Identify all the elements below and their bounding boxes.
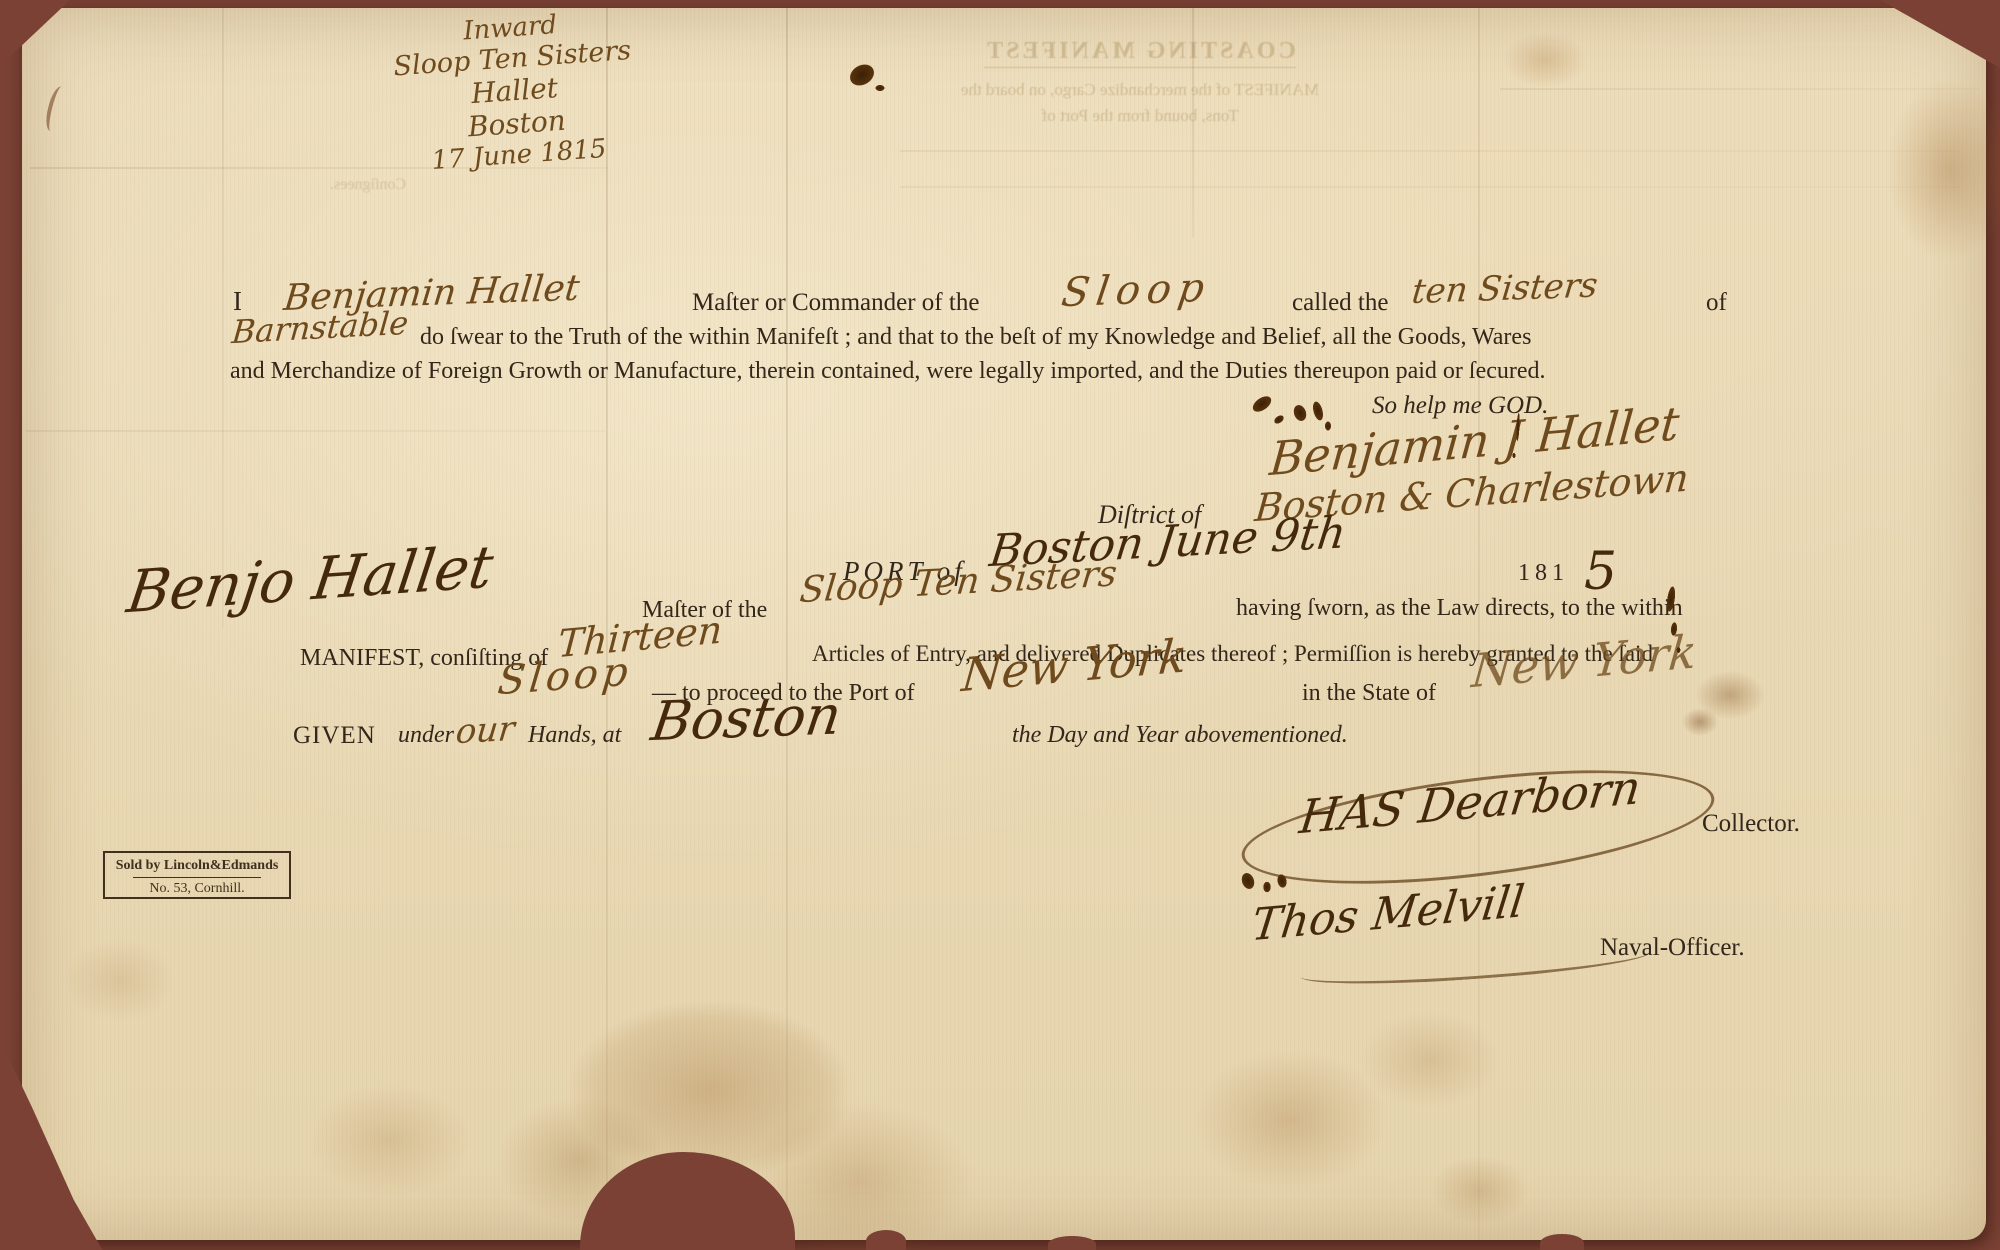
ghost-title: COASTING MANIFEST: [984, 38, 1296, 68]
ink-blot: [1676, 646, 1681, 654]
clearance-having-sworn: having ſworn, as the Law directs, to the…: [1236, 595, 1683, 622]
clearance-state-label: in the State of: [1302, 680, 1436, 707]
naval-officer-label: Naval-Officer.: [1600, 934, 1745, 962]
port-year-digit: 5: [1584, 542, 1617, 602]
imprint-rule: [133, 877, 262, 878]
collector-label: Collector.: [1702, 810, 1800, 838]
printer-imprint-box: Sold by Lincoln&Edmands No. 53, Cornhill…: [103, 851, 291, 899]
port-year-printed: 181: [1518, 560, 1569, 587]
docket-block: Inward Sloop Ten Sisters Hallet Boston 1…: [325, 0, 705, 182]
imprint-line2: No. 53, Cornhill.: [105, 880, 289, 898]
clearance-vessel-type: Sloop: [496, 648, 635, 704]
oath-master-label: Maſter or Commander of the: [692, 289, 979, 317]
oath-line3: and Merchandize of Foreign Growth or Man…: [230, 358, 1546, 385]
oath-vessel-type: Sloop: [1059, 265, 1214, 316]
ink-blot: [874, 84, 886, 92]
ghost-showthrough-block: COASTING MANIFEST MANIFEST of the mercha…: [880, 38, 1400, 126]
ghost-line1: MANIFEST of the merchandize Cargo, on bo…: [880, 80, 1400, 100]
clearance-given: GIVEN: [293, 722, 376, 750]
ink-blot: [1324, 420, 1332, 432]
oath-called-the: called the: [1292, 289, 1388, 317]
oath-of: of: [1706, 289, 1727, 317]
clearance-hands-at: Hands, at: [528, 722, 621, 749]
clearance-hand-word: our: [454, 709, 517, 752]
oath-line2: do ſwear to the Truth of the within Mani…: [420, 324, 1531, 351]
ink-blot: [1262, 880, 1272, 894]
imprint-line1: Sold by Lincoln&Edmands: [105, 857, 289, 875]
ink-drip: [1512, 452, 1516, 459]
clearance-place: Boston: [648, 683, 846, 753]
oath-vessel-name: ten Sisters: [1410, 265, 1600, 312]
clearance-under: under: [398, 722, 454, 749]
ghost-line2: Tons, bound from the Port of: [880, 106, 1400, 126]
clearance-day-year: the Day and Year abovementioned.: [1012, 722, 1348, 749]
